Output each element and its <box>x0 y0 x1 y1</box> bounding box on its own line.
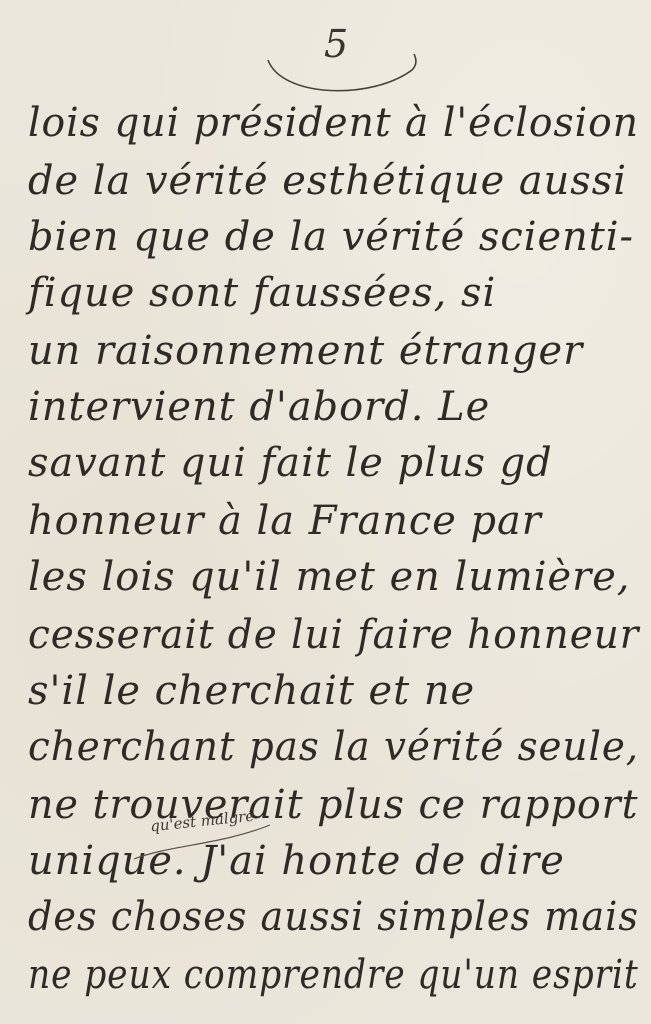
manuscript-line-10: cesserait de lui faire honneur <box>28 612 624 658</box>
manuscript-line-15: des choses aussi simples mais <box>28 894 614 940</box>
manuscript-line-11: s'il le cherchait et ne <box>28 668 639 714</box>
manuscript-line-3: bien que de la vérité scienti- <box>28 214 639 260</box>
manuscript-line-9: les lois qu'il met en lumière, <box>28 554 639 600</box>
manuscript-line-13: ne trouverait plus ce rapport <box>28 782 635 828</box>
manuscript-line-7: savant qui fait le plus gd <box>28 440 639 486</box>
page-number: 5 <box>324 22 348 66</box>
manuscript-line-2: de la vérité esthétique aussi <box>28 158 639 204</box>
page-number-group: 5 <box>262 18 422 98</box>
manuscript-line-4: fique sont faussées, si <box>28 270 639 316</box>
manuscript-line-6: intervient d'abord. Le <box>28 384 639 430</box>
manuscript-line-8: honneur à la France par <box>28 498 639 544</box>
manuscript-line-16: ne peux comprendre qu'un esprit <box>28 952 557 998</box>
manuscript-line-14: unique. J'ai honte de dire <box>28 838 639 884</box>
manuscript-page: 5 lois qui président à l'éclosion de la … <box>0 0 651 1024</box>
manuscript-line-5: un raisonnement étranger <box>28 328 639 374</box>
insertion-caret-icon <box>130 815 280 865</box>
manuscript-line-12: cherchant pas la vérité seule, <box>28 724 623 770</box>
manuscript-line-1: lois qui président à l'éclosion <box>28 100 629 146</box>
